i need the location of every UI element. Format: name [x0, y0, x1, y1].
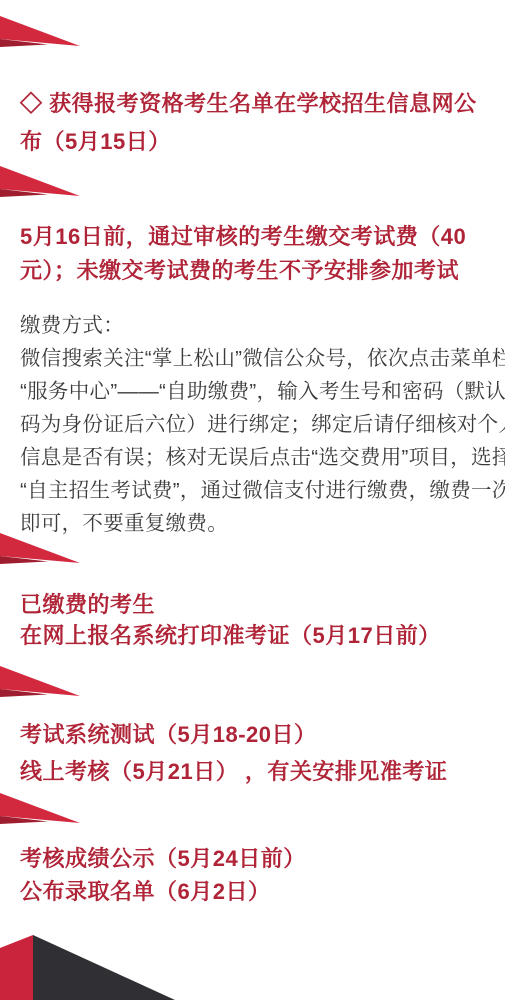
corner-pyramid-icon [0, 935, 180, 1000]
red-arrow-icon [0, 663, 85, 701]
red-arrow-icon [0, 790, 85, 828]
payment-method-paragraph: 缴费方式： 微信搜索关注“掌上松山”微信公众号，依次点击菜单栏 “服务中心”——… [20, 309, 498, 540]
red-arrow-icon [0, 163, 85, 201]
step-text-line: ◇ 获得报考资格考生名单在学校招生信息网公 [20, 85, 495, 123]
admission-timeline-poster: ◇ 获得报考资格考生名单在学校招生信息网公 布（5月15日） 5月16日前，通过… [0, 0, 505, 1000]
step-print-ticket: 已缴费的考生 在网上报名系统打印准考证（5月17日前） [20, 589, 495, 651]
red-arrow-icon [0, 530, 85, 568]
step-text-line: 布（5月15日） [20, 123, 495, 161]
paragraph-line: 信息是否有误；核对无误后点击“选交费用”项目，选择 [20, 441, 498, 474]
step-text-line: 已缴费的考生 [20, 589, 495, 620]
step-text-line: 线上考核（5月21日） ，有关安排见准考证 [20, 753, 495, 790]
paragraph-line: “自主招生考试费”，通过微信支付进行缴费，缴费一次 [20, 474, 498, 507]
step-text-line: 5月16日前，通过审核的考生缴交考试费（40 [20, 220, 495, 254]
step-text-line: 公布录取名单（6月2日） [20, 875, 495, 908]
step-results: 考核成绩公示（5月24日前） 公布录取名单（6月2日） [20, 842, 495, 908]
step-text-line: 在网上报名系统打印准考证（5月17日前） [20, 620, 495, 651]
paragraph-line: “服务中心”——“自助缴费”，输入考生号和密码（默认密 [20, 375, 498, 408]
paragraph-line: 即可，不要重复缴费。 [20, 507, 498, 540]
step-payment-deadline: 5月16日前，通过审核的考生缴交考试费（40 元）；未缴交考试费的考生不予安排参… [20, 220, 495, 288]
paragraph-line: 码为身份证后六位）进行绑定；绑定后请仔细核对个人 [20, 408, 498, 441]
step-exam: 考试系统测试（5月18-20日） 线上考核（5月21日） ，有关安排见准考证 [20, 716, 495, 790]
step-qualification-list: ◇ 获得报考资格考生名单在学校招生信息网公 布（5月15日） [20, 85, 495, 161]
paragraph-line: 微信搜索关注“掌上松山”微信公众号，依次点击菜单栏 [20, 342, 498, 375]
paragraph-line: 缴费方式： [20, 309, 498, 342]
step-text-line: 元）；未缴交考试费的考生不予安排参加考试 [20, 254, 495, 288]
step-text-line: 考核成绩公示（5月24日前） [20, 842, 495, 875]
step-text-line: 考试系统测试（5月18-20日） [20, 716, 495, 753]
red-arrow-icon [0, 13, 85, 51]
